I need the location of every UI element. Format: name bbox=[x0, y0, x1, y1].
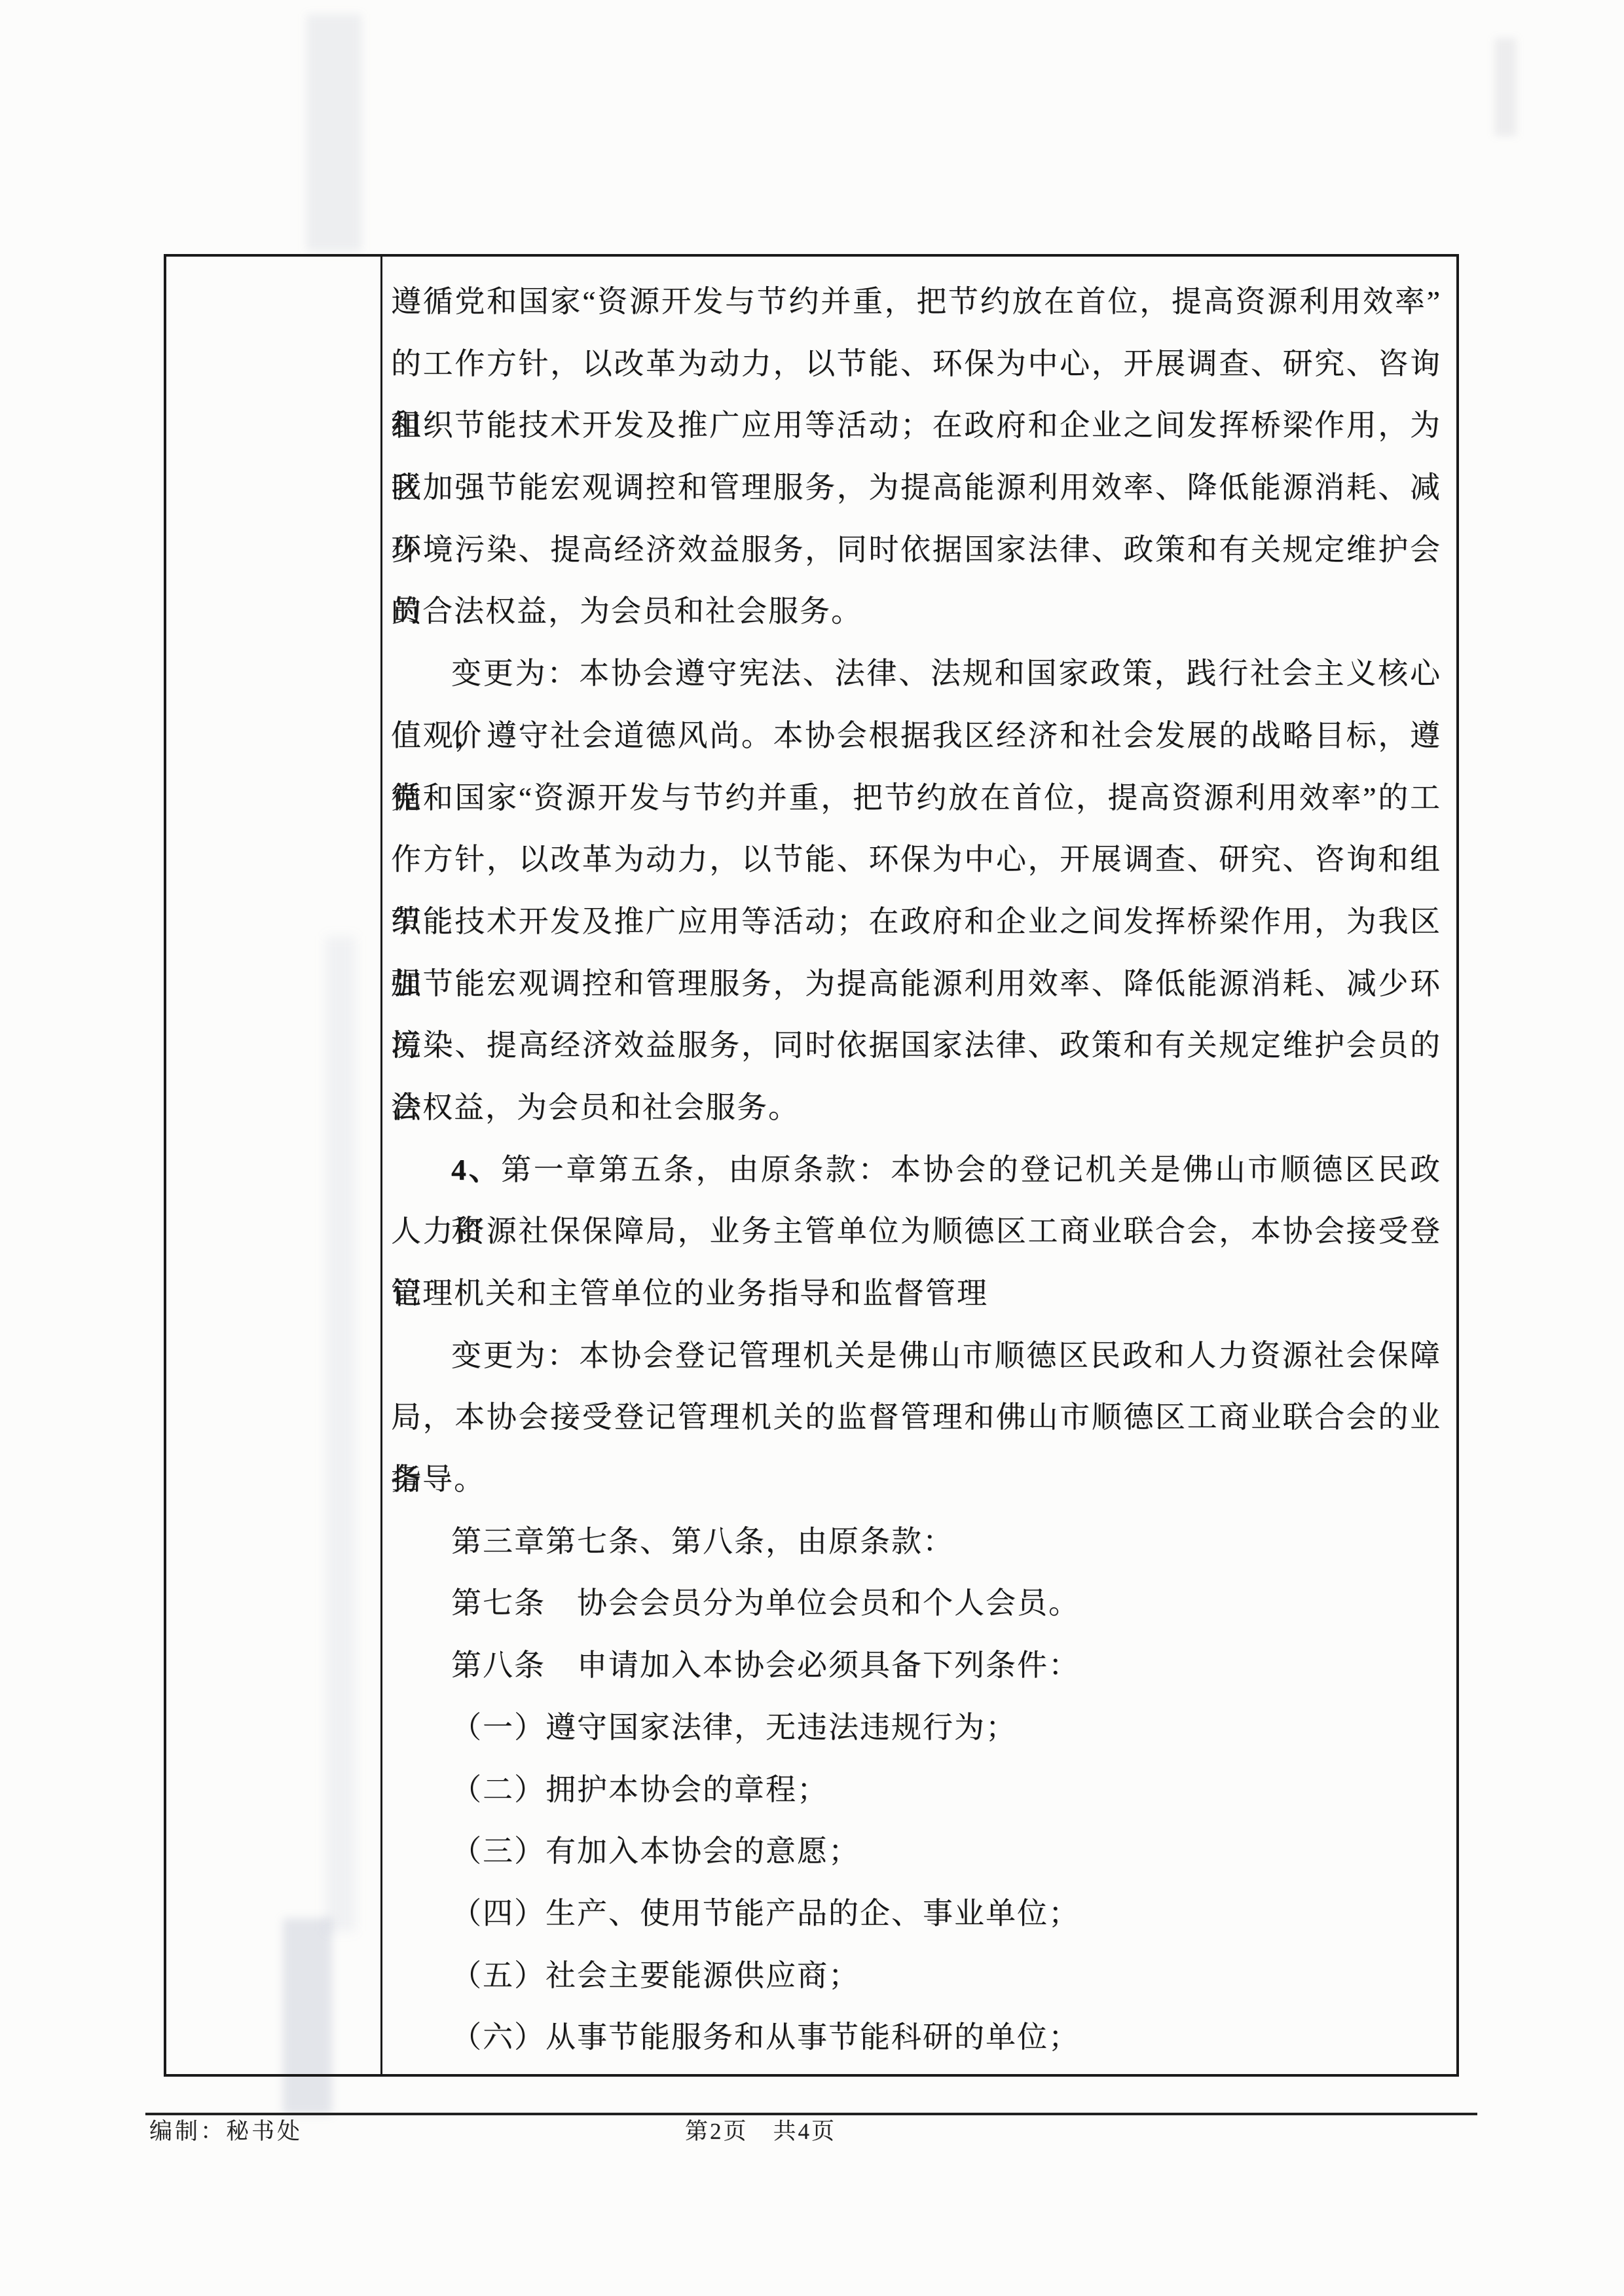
text-line: 组织节能技术开发及推广应用等活动；在政府和企业之间发挥桥梁作用，为我 bbox=[391, 395, 1441, 457]
table-content-cell: 遵循党和国家“资源开发与节约并重，把节约放在首位，提高资源利用效率” 的工作方针… bbox=[382, 257, 1456, 2074]
text-line: 第八条 申请加入本协会必须具备下列条件： bbox=[391, 1635, 1441, 1697]
text-line: 的合法权益，为会员和社会服务。 bbox=[391, 581, 1441, 643]
text-line: （三）有加入本协会的意愿； bbox=[391, 1821, 1441, 1883]
text-line: 的工作方针，以改革为动力，以节能、环保为中心，开展调查、研究、咨询和 bbox=[391, 333, 1441, 395]
scan-streak-artifact bbox=[1494, 38, 1517, 136]
text-line: （一）遵守国家法律，无违法违规行为； bbox=[391, 1697, 1441, 1759]
text-line: 变更为：本协会登记管理机关是佛山市顺德区民政和人力资源社会保障 bbox=[391, 1325, 1441, 1387]
text-line: 变更为：本协会遵守宪法、法律、法规和国家政策，践行社会主义核心价 bbox=[391, 643, 1441, 705]
text-line: （二）拥护本协会的章程； bbox=[391, 1759, 1441, 1821]
text-line: 4、第一章第五条，由原条款：本协会的登记机关是佛山市顺德区民政和 bbox=[391, 1139, 1441, 1201]
clause-number: 4、 bbox=[451, 1153, 501, 1186]
text-line: （四）生产、使用节能产品的企、事业单位； bbox=[391, 1883, 1441, 1945]
text-line: 局，本协会接受登记管理机关的监督管理和佛山市顺德区工商业联合会的业务 bbox=[391, 1387, 1441, 1449]
text-line: 值观，遵守社会道德风尚。本协会根据我区经济和社会发展的战略目标，遵循 bbox=[391, 705, 1441, 767]
text-line: 管理机关和主管单位的业务指导和监督管理 bbox=[391, 1263, 1441, 1325]
scanned-document-page: 遵循党和国家“资源开发与节约并重，把节约放在首位，提高资源利用效率” 的工作方针… bbox=[0, 0, 1624, 2296]
text-line: 法权益，为会员和社会服务。 bbox=[391, 1077, 1441, 1139]
text-line: 人力资源社保保障局，业务主管单位为顺德区工商业联合会，本协会接受登记 bbox=[391, 1201, 1441, 1263]
text-line: 环境污染、提高经济效益服务，同时依据国家法律、政策和有关规定维护会员 bbox=[391, 519, 1441, 581]
text-line: 节能技术开发及推广应用等活动；在政府和企业之间发挥桥梁作用，为我区加 bbox=[391, 891, 1441, 953]
text-line: 遵循党和国家“资源开发与节约并重，把节约放在首位，提高资源利用效率” bbox=[391, 271, 1441, 333]
footer-divider-line bbox=[145, 2113, 1477, 2115]
footer-prepared-by: 编制：秘书处 bbox=[149, 2120, 303, 2143]
text-line: 指导。 bbox=[391, 1449, 1441, 1511]
form-table: 遵循党和国家“资源开发与节约并重，把节约放在首位，提高资源利用效率” 的工作方针… bbox=[164, 254, 1459, 2077]
text-line: 党和国家“资源开发与节约并重，把节约放在首位，提高资源利用效率”的工 bbox=[391, 767, 1441, 829]
footer-page-indicator: 第2页 共4页 bbox=[685, 2120, 836, 2143]
text-line: 第三章第七条、第八条，由原条款： bbox=[391, 1511, 1441, 1573]
table-label-column-empty bbox=[166, 257, 382, 2074]
text-line: 污染、提高经济效益服务，同时依据国家法律、政策和有关规定维护会员的合 bbox=[391, 1015, 1441, 1077]
text-line: 强节能宏观调控和管理服务，为提高能源利用效率、降低能源消耗、减少环境 bbox=[391, 953, 1441, 1015]
text-line: 作方针，以改革为动力，以节能、环保为中心，开展调查、研究、咨询和组织 bbox=[391, 829, 1441, 891]
text-line: 区加强节能宏观调控和管理服务，为提高能源利用效率、降低能源消耗、减少 bbox=[391, 457, 1441, 519]
text-line: （五）社会主要能源供应商； bbox=[391, 1945, 1441, 2007]
text-line: （六）从事节能服务和从事节能科研的单位； bbox=[391, 2007, 1441, 2069]
scan-streak-artifact bbox=[306, 14, 361, 251]
text-line: 第七条 协会会员分为单位会员和个人会员。 bbox=[391, 1573, 1441, 1635]
